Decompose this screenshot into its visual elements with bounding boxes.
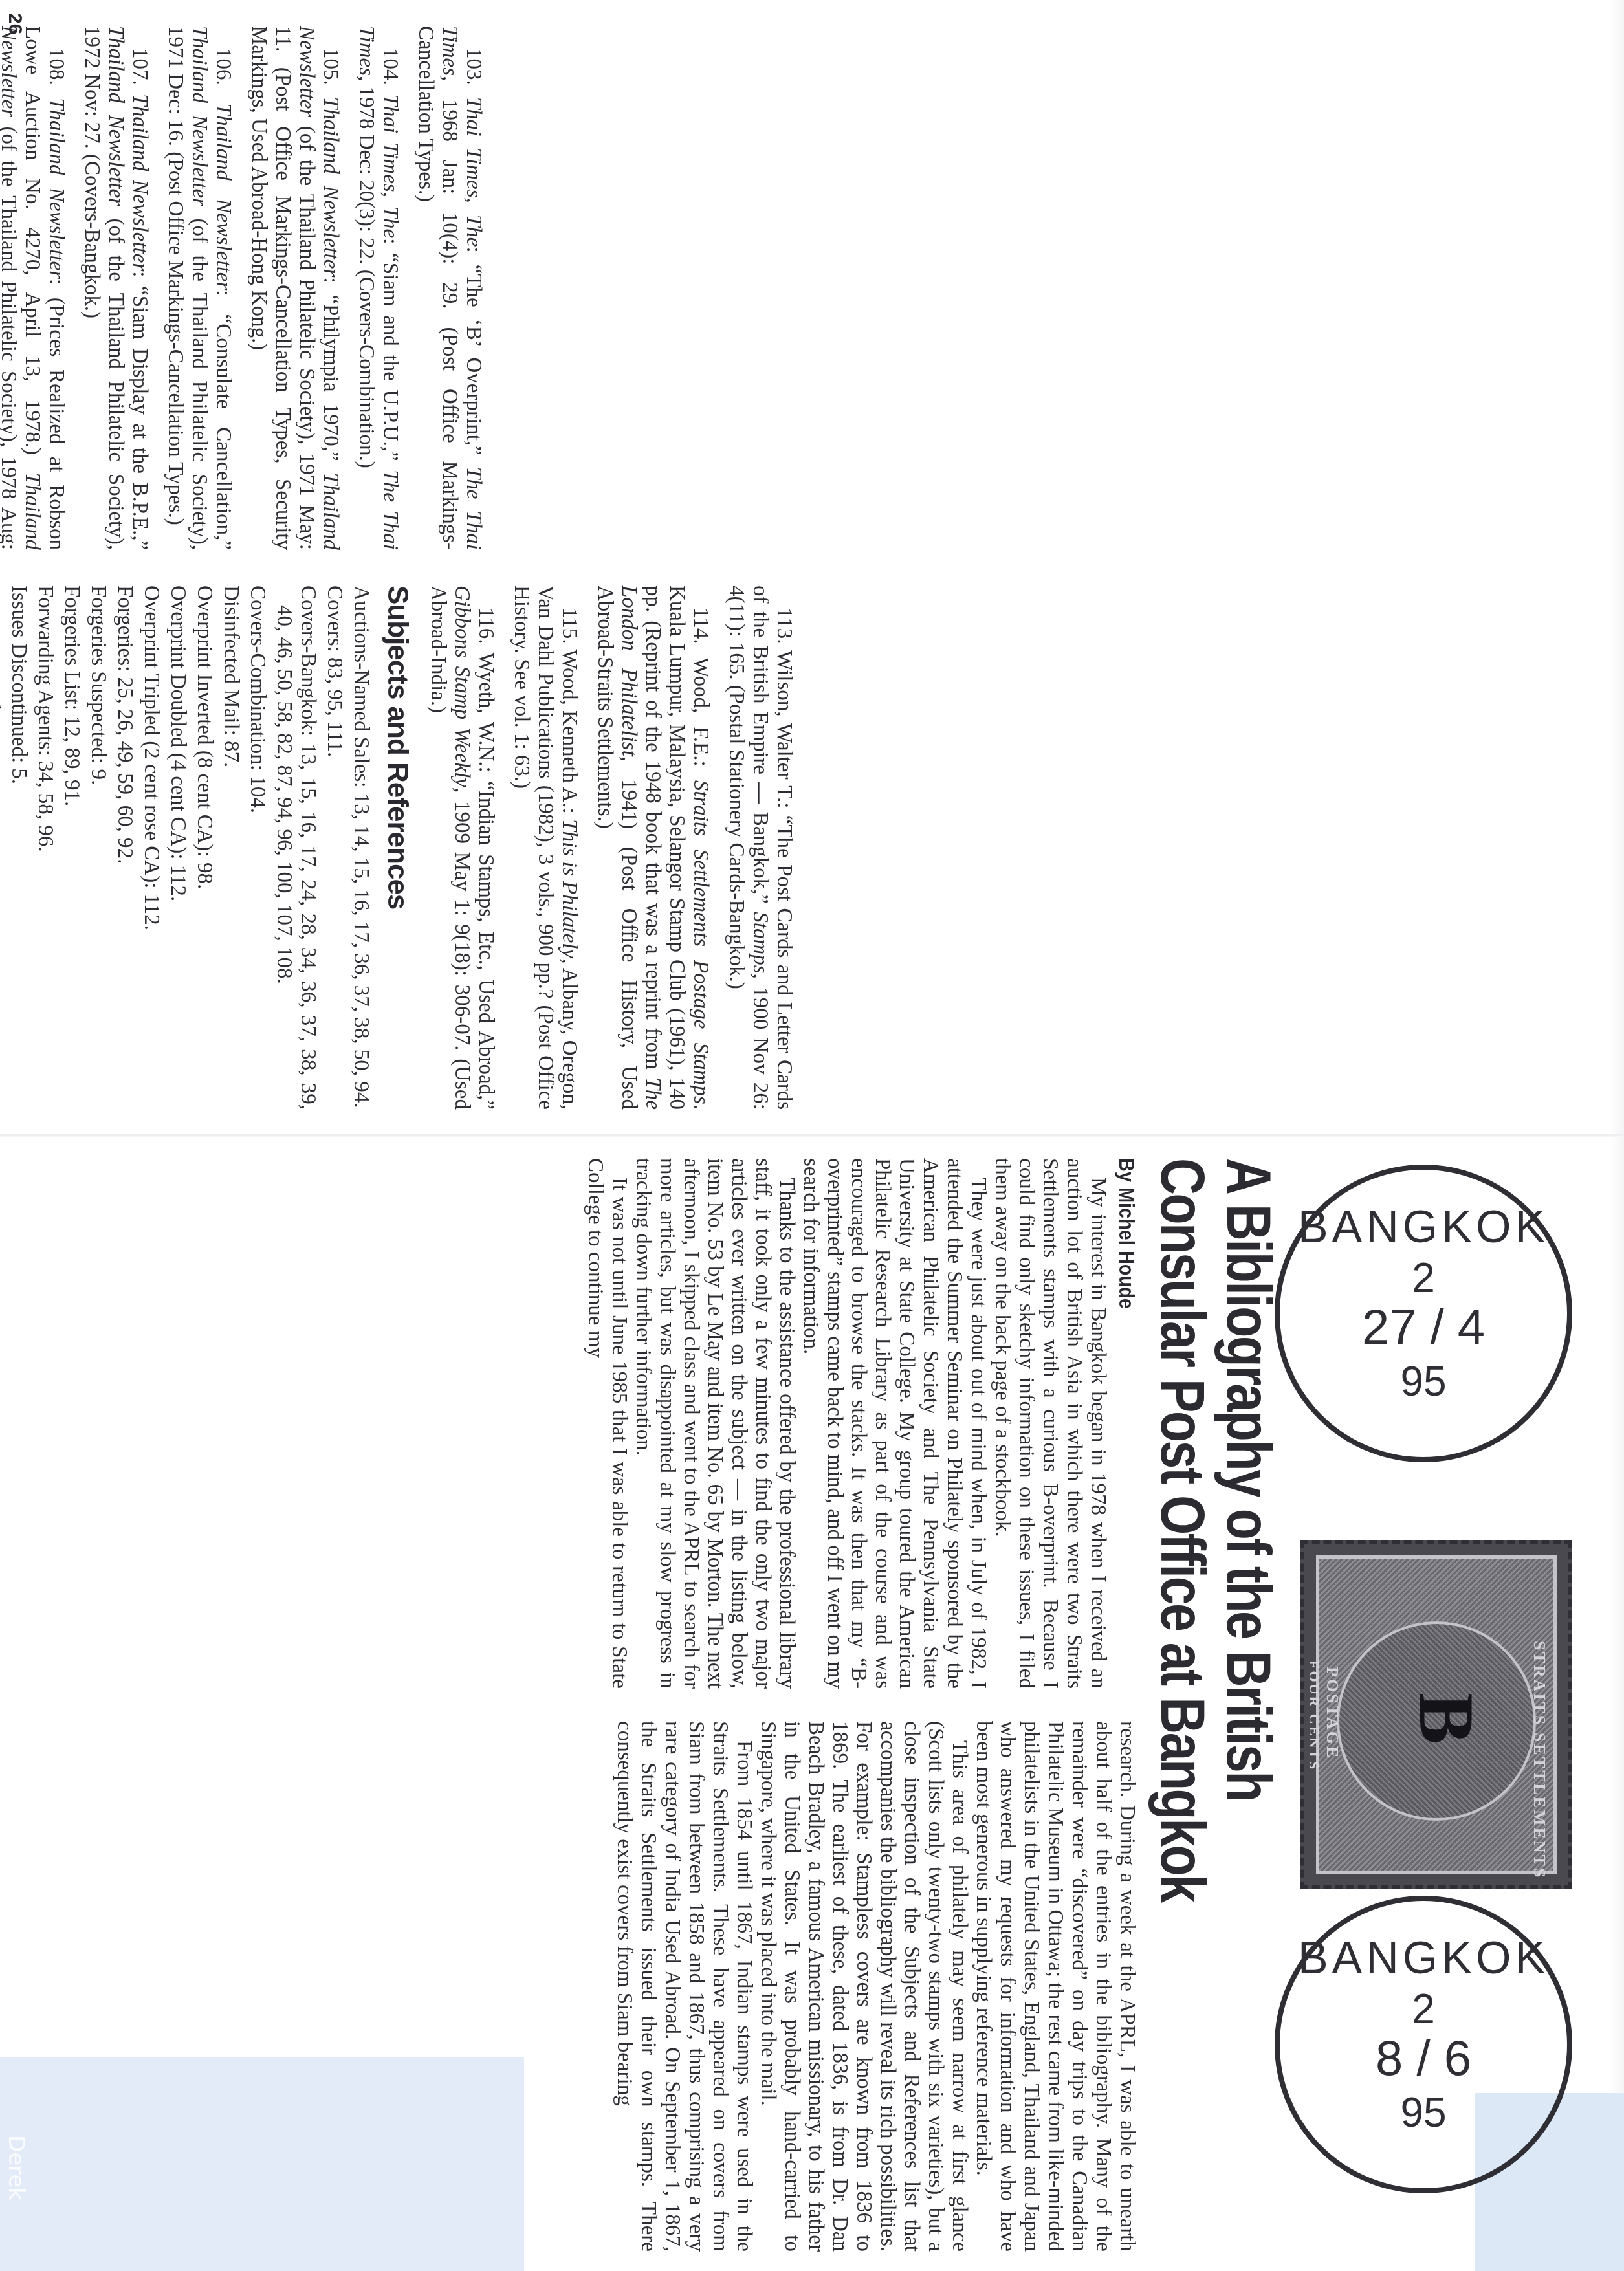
stamp-postage-label: POSTAGE xyxy=(1322,1667,1342,1759)
bibliography-entry: 116. Wyeth, W.N.: “Indian Stamps, Etc., … xyxy=(426,586,498,1110)
article-paragraph: My interest in Bangkok began in 1978 whe… xyxy=(990,1158,1110,1689)
entry-number: 116. xyxy=(474,608,498,653)
article-column-1: My interest in Bangkok began in 1978 whe… xyxy=(583,1158,1110,1689)
article-title-line-2: Consular Post Office at Bangkok xyxy=(1149,1158,1215,2017)
bibliography-entries-continued: 113. Wilson, Walter T.: “The Post Cards … xyxy=(426,586,796,1110)
subject-reference: Covers-Bangkok: 13, 15, 16, 17, 24, 28, … xyxy=(272,586,320,1110)
subject-reference: Maritime Mail: 23. xyxy=(0,586,4,1110)
bibliography-entry: 115. Wood, Kenneth A.: This is Philately… xyxy=(509,586,581,1110)
stamp-country-label: STRAITS SETTLEMENTS xyxy=(1530,1641,1549,1879)
bibliography-entry: 107. Thailand Newsletter: “Siam Display … xyxy=(80,26,151,550)
bibliography-entry: 113. Wilson, Walter T.: “The Post Cards … xyxy=(724,586,796,1110)
postmark-date: 27 / 4 xyxy=(1280,1299,1567,1355)
entry-number: 105. xyxy=(319,48,342,97)
article-paragraph: research. During a week at the APRL, I w… xyxy=(971,1721,1139,2252)
subject-reference: Covers: 83, 95, 111. xyxy=(322,586,346,1110)
article-paragraph: They were just about out of mind when, i… xyxy=(798,1158,990,1689)
subject-reference: Forwarding Agents: 34, 58, 96. xyxy=(33,586,57,1110)
subjects-list: Auctions-Named Sales: 13, 14, 15, 16, 17… xyxy=(0,586,373,1110)
bibliography-entry: 106. Thailand Newsletter: “Consulate Can… xyxy=(163,26,235,550)
subject-reference: Overprint Inverted (8 cent CA): 98. xyxy=(192,586,216,1110)
postmark-year: 95 xyxy=(1280,2089,1567,2136)
subject-reference: Overprint Doubled (4 cent CA): 112. xyxy=(166,586,190,1110)
article-paragraph: It was not until June 1985 that I was ab… xyxy=(583,1158,631,1689)
bibliography-entry: 103. Thai Times, The: “The ‘B’ Overprint… xyxy=(413,26,485,550)
stamp-value-label: FOUR CENTS xyxy=(1306,1660,1322,1771)
subject-reference: Auctions-Named Sales: 13, 14, 15, 16, 17… xyxy=(349,586,373,1110)
page-number: 26 xyxy=(4,13,26,34)
subjects-heading: Subjects and References xyxy=(380,586,414,1110)
subject-reference: Forgeries Suspected: 9. xyxy=(86,586,110,1110)
entry-number: 108. xyxy=(45,48,68,98)
bibliography-entry: 108. Thailand Newsletter: (Prices Realiz… xyxy=(0,26,68,550)
subject-reference: Forgeries: 25, 26, 49, 59, 60, 92. xyxy=(113,586,137,1110)
scanner-background-edge xyxy=(0,2057,524,2271)
bibliography-column-1: 103. Thai Times, The: “The ‘B’ Overprint… xyxy=(0,26,485,550)
article-paragraph: This area of philately may seem narrow a… xyxy=(756,1721,971,2252)
postmark-year: 95 xyxy=(1280,1357,1567,1405)
subject-reference: Issues Discontinued: 5. xyxy=(6,586,30,1110)
postmark-date: 8 / 6 xyxy=(1280,2030,1567,2087)
subject-reference: Disinfected Mail: 87. xyxy=(219,586,243,1110)
entry-number: 107. xyxy=(128,48,151,94)
entry-number: 103. xyxy=(462,48,485,97)
stamp-b-overprint: B xyxy=(1401,1693,1491,1744)
entry-number: 115. xyxy=(558,608,581,649)
document-page: 103. Thai Times, The: “The ‘B’ Overprint… xyxy=(0,0,1624,2271)
postmark-bangkok-2: BANGKOK 2 8 / 6 95 xyxy=(1275,1896,1572,2193)
article-column-2: research. During a week at the APRL, I w… xyxy=(612,1721,1139,2252)
bibliography-entry: 105. Thailand Newsletter: “Philympia 197… xyxy=(247,26,342,550)
postmark-town: BANGKOK xyxy=(1280,1932,1567,1984)
bibliography-entry: 114. Wood, F.E.: Straits Settlements Pos… xyxy=(593,586,712,1110)
bibliography-column-2: 113. Wilson, Walter T.: “The Post Cards … xyxy=(0,586,796,1110)
article-byline: By Michel Houde xyxy=(1114,1158,1139,1309)
postmark-town: BANGKOK xyxy=(1280,1201,1567,1253)
stamp-illustration: STRAITS SETTLEMENTS POSTAGE FOUR CENTS B xyxy=(1300,1540,1572,1889)
entry-number: 114. xyxy=(689,608,712,657)
subject-reference: Overprint Tripled (2 cent rose CA): 112. xyxy=(139,586,163,1110)
subject-reference: Forgeries List: 12, 89, 91. xyxy=(60,586,83,1110)
watermark: Derek Baron xyxy=(0,2135,29,2271)
article-paragraph: Thanks to the assistance offered by the … xyxy=(631,1158,798,1689)
bibliography-entry: 104. Thai Times, The: “Siam and the U.P.… xyxy=(354,26,402,550)
entry-number: 104. xyxy=(379,48,402,94)
article-title-line-1: A Bibliography of the British xyxy=(1215,1158,1281,2017)
entry-number: 113. xyxy=(773,608,796,650)
subject-reference: Covers-Combination: 104. xyxy=(245,586,269,1110)
postmark-office: 2 xyxy=(1280,1985,1567,2033)
postmark-bangkok-1: BANGKOK 2 27 / 4 95 xyxy=(1275,1165,1572,1462)
entry-number: 106. xyxy=(212,48,235,104)
page-gutter xyxy=(0,1134,1624,1137)
article-title: A Bibliography of the British Consular P… xyxy=(1149,1158,1281,2017)
postmark-office: 2 xyxy=(1280,1254,1567,1302)
article-paragraph: From 1854 until 1867, Indian stamps were… xyxy=(612,1721,756,2252)
